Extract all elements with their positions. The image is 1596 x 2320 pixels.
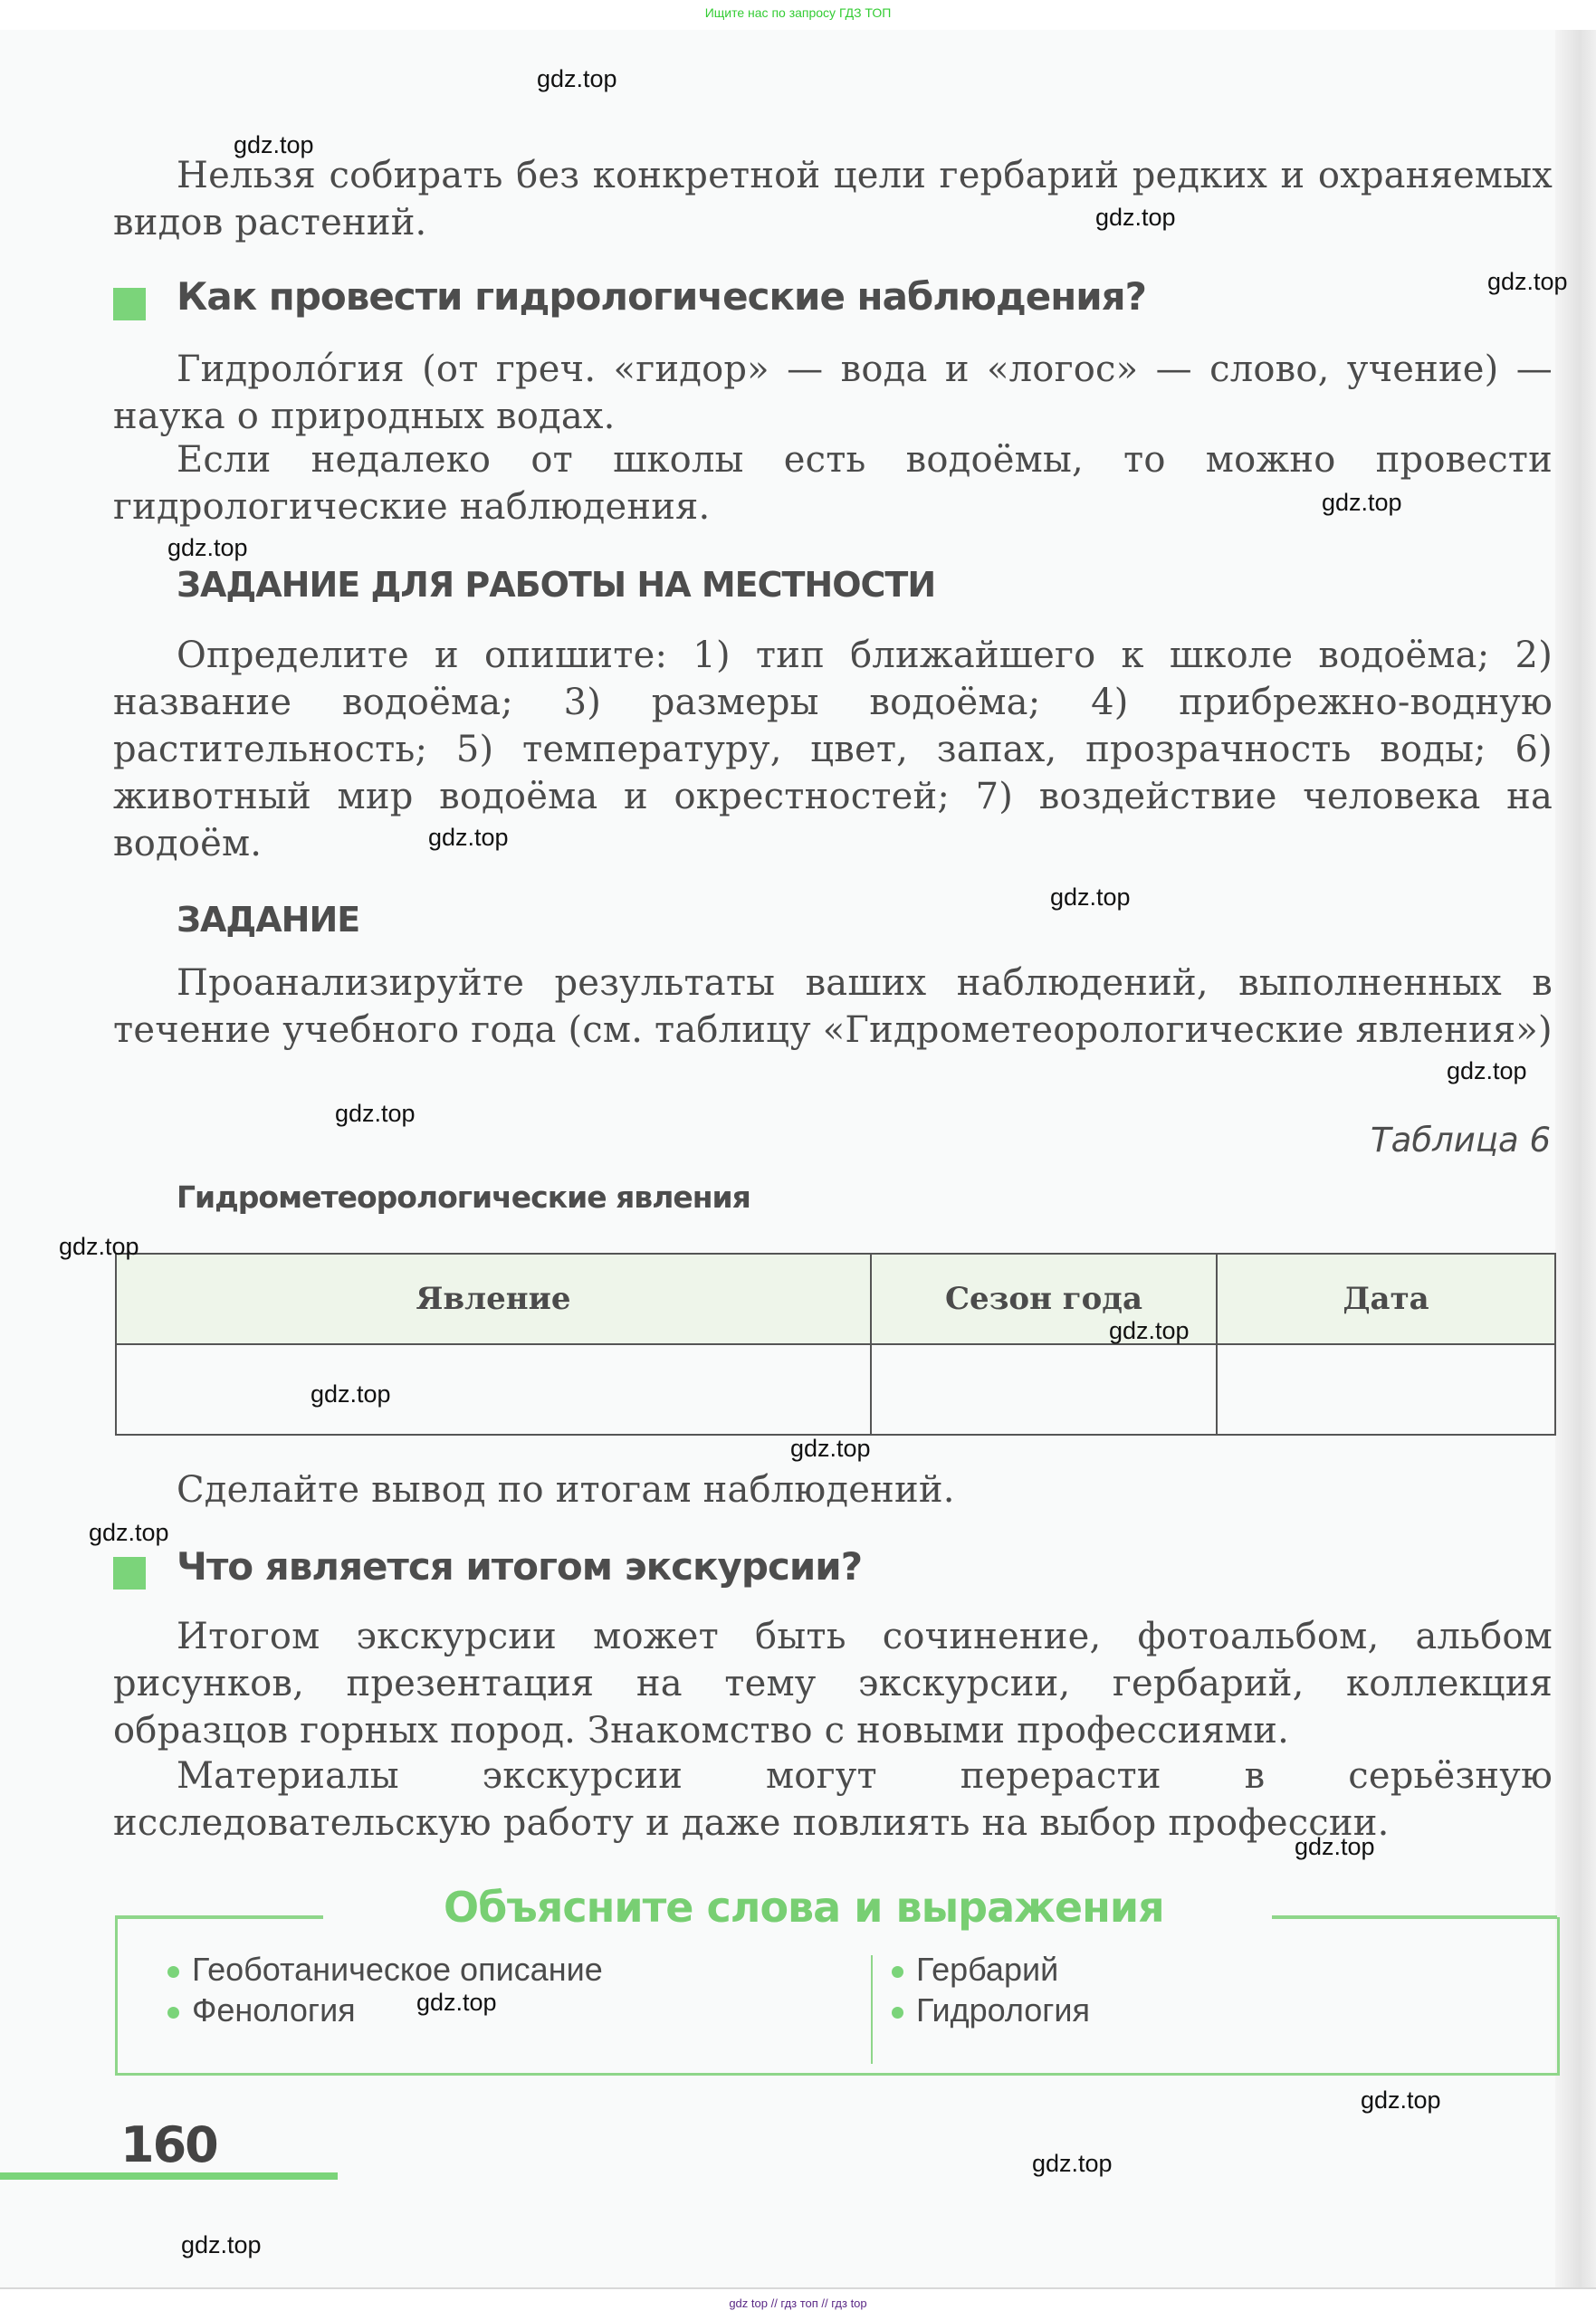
watermark: gdz.top: [1095, 204, 1176, 232]
term-label: Геоботаническое описание: [192, 1951, 603, 1988]
watermark: gdz.top: [790, 1435, 871, 1463]
heading-hydrology: Как провести гидрологические наблюдения?: [177, 274, 1146, 319]
page-number-underline: [0, 2172, 338, 2180]
table-caption: Таблица 6: [1371, 1121, 1551, 1160]
page-number: 160: [120, 2116, 217, 2173]
term-label: Фенология: [192, 1991, 356, 2029]
heading-field-task: ЗАДАНИЕ ДЛЯ РАБОТЫ НА МЕСТНОСТИ: [177, 565, 935, 605]
bullet-icon: [892, 2007, 903, 2019]
page-spine-shadow: [1555, 30, 1596, 2287]
watermark: gdz.top: [167, 534, 248, 562]
explain-box-title: Объясните слова и выражения: [444, 1883, 1164, 1932]
table-cell-date: [1217, 1344, 1555, 1435]
paragraph-hydrology-definition: Гидроло́гия (от греч. «гидор» — вода и «…: [113, 346, 1553, 440]
watermark: gdz.top: [181, 2231, 262, 2259]
watermark: gdz.top: [537, 65, 617, 93]
paragraph-conclusion: Сделайте вывод по итогам наблюдений.: [113, 1466, 1553, 1513]
watermark: gdz.top: [1295, 1833, 1375, 1861]
heading-task: ЗАДАНИЕ: [177, 900, 359, 940]
top-banner-text: Ищите нас по запросу ГДЗ ТОП: [705, 5, 892, 20]
paragraph-excursion-result: Итогом экскурсии может быть сочинение, ф…: [113, 1613, 1553, 1754]
term-label: Гидрология: [916, 1991, 1090, 2029]
watermark: gdz.top: [1487, 268, 1568, 296]
watermark: gdz.top: [416, 1989, 497, 2017]
section-marker-icon: [113, 1557, 146, 1590]
heading-excursion-result: Что является итогом экскурсии?: [177, 1544, 862, 1589]
watermark: gdz.top: [234, 131, 314, 159]
top-banner: Ищите нас по запросу ГДЗ ТОП: [0, 0, 1596, 32]
box-divider: [871, 1955, 873, 2064]
watermark: gdz.top: [1032, 2150, 1113, 2178]
term-item: Фенология: [167, 1991, 356, 2029]
watermark: gdz.top: [1447, 1057, 1527, 1085]
paragraph-task-analysis: Проанализируйте результаты ваших наблюде…: [113, 960, 1553, 1054]
watermark: gdz.top: [428, 824, 509, 852]
bullet-icon: [167, 2007, 179, 2019]
term-label: Гербарий: [916, 1951, 1058, 1988]
term-item: Гербарий: [892, 1951, 1058, 1989]
watermark: gdz.top: [1361, 2086, 1441, 2115]
bottom-banner: gdz top // гдз топ // гдз top: [0, 2287, 1596, 2320]
watermark: gdz.top: [1050, 883, 1131, 912]
bullet-icon: [167, 1966, 179, 1978]
table-cell-phenomenon: [116, 1344, 871, 1435]
table-header-phenomenon: Явление: [116, 1254, 871, 1344]
table-title: Гидрометеорологические явления: [177, 1179, 750, 1215]
paragraph-herbarium-rule: Нельзя собирать без конкретной цели герб…: [113, 152, 1553, 246]
term-item: Гидрология: [892, 1991, 1090, 2029]
term-item: Геоботаническое описание: [167, 1951, 603, 1989]
bottom-banner-text: gdz top // гдз топ // гдз top: [729, 2296, 866, 2310]
watermark: gdz.top: [311, 1380, 391, 1408]
paragraph-field-task: Определите и опишите: 1) тип ближайшего …: [113, 632, 1553, 867]
watermark: gdz.top: [89, 1519, 169, 1547]
table-cell-season: [871, 1344, 1217, 1435]
bullet-icon: [892, 1966, 903, 1978]
watermark: gdz.top: [1322, 489, 1402, 517]
watermark: gdz.top: [335, 1100, 416, 1128]
table-header-date: Дата: [1217, 1254, 1555, 1344]
watermark: gdz.top: [59, 1233, 139, 1261]
section-marker-icon: [113, 288, 146, 320]
watermark: gdz.top: [1109, 1317, 1190, 1345]
